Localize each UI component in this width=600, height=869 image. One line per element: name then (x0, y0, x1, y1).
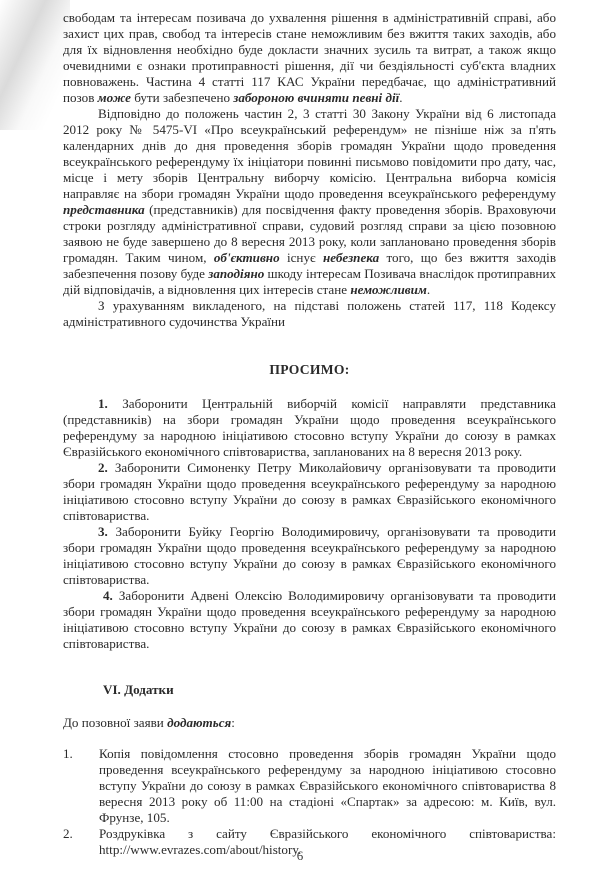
intro-emphasis: забороною вчиняти певні дії (233, 90, 399, 105)
request-text: Заборонити Буйку Георгію Володимировичу,… (63, 524, 556, 587)
law-emphasis: заподіяно (208, 266, 264, 281)
page-number: 6 (0, 848, 600, 864)
intro-text: . (399, 90, 402, 105)
intro-paragraph: свободам та інтересам позивача до ухвале… (63, 10, 556, 106)
attachments-intro-suffix: : (231, 715, 235, 730)
attachments-intro-text: До позовної заяви (63, 715, 167, 730)
request-number: 2. (98, 460, 108, 475)
request-number: 3. (98, 524, 108, 539)
attachments-section-title: VI. Додатки (63, 682, 556, 698)
document-page: свободам та інтересам позивача до ухвале… (63, 10, 556, 869)
intro-emphasis: може (98, 90, 131, 105)
basis-paragraph: З урахуванням викладеного, на підставі п… (63, 298, 556, 330)
intro-text: бути забезпечено (131, 90, 233, 105)
attachments-intro-emphasis: додаються (167, 715, 231, 730)
law-emphasis: неможливим (350, 282, 427, 297)
law-emphasis: об'єктивно (214, 250, 280, 265)
request-text: Заборонити Симоненку Петру Миколайовичу … (63, 460, 556, 523)
law-text: . (427, 282, 430, 297)
request-text: Заборонити Адвені Олексію Володимировичу… (63, 588, 556, 651)
law-text: існує (280, 250, 323, 265)
scan-shadow-artifact (0, 0, 70, 130)
request-number: 4. (103, 588, 113, 603)
request-item-1: 1. Заборонити Центральній виборчій коміс… (63, 396, 556, 460)
request-text: Заборонити Центральній виборчій комісії … (63, 396, 556, 459)
law-paragraph: Відповідно до положень частин 2, 3 статт… (63, 106, 556, 298)
attachment-text: Копія повідомлення стосовно проведення з… (99, 746, 556, 825)
attachment-item: 1. Копія повідомлення стосовно проведенн… (63, 746, 556, 826)
request-item-3: 3. Заборонити Буйку Георгію Володимирови… (63, 524, 556, 588)
request-heading: ПРОСИМО: (63, 362, 556, 378)
request-number: 1. (98, 396, 108, 411)
attachment-number: 1. (63, 746, 73, 762)
law-emphasis: представника (63, 202, 145, 217)
law-emphasis: небезпека (323, 250, 379, 265)
attachment-number: 2. (63, 826, 73, 842)
attachments-intro: До позовної заяви додаються: (63, 715, 556, 731)
attachments-list: 1. Копія повідомлення стосовно проведенн… (63, 746, 556, 858)
request-item-4: 4. Заборонити Адвені Олексію Володимиров… (63, 588, 556, 652)
law-text: Відповідно до положень частин 2, 3 статт… (63, 106, 556, 201)
request-item-2: 2. Заборонити Симоненку Петру Миколайови… (63, 460, 556, 524)
